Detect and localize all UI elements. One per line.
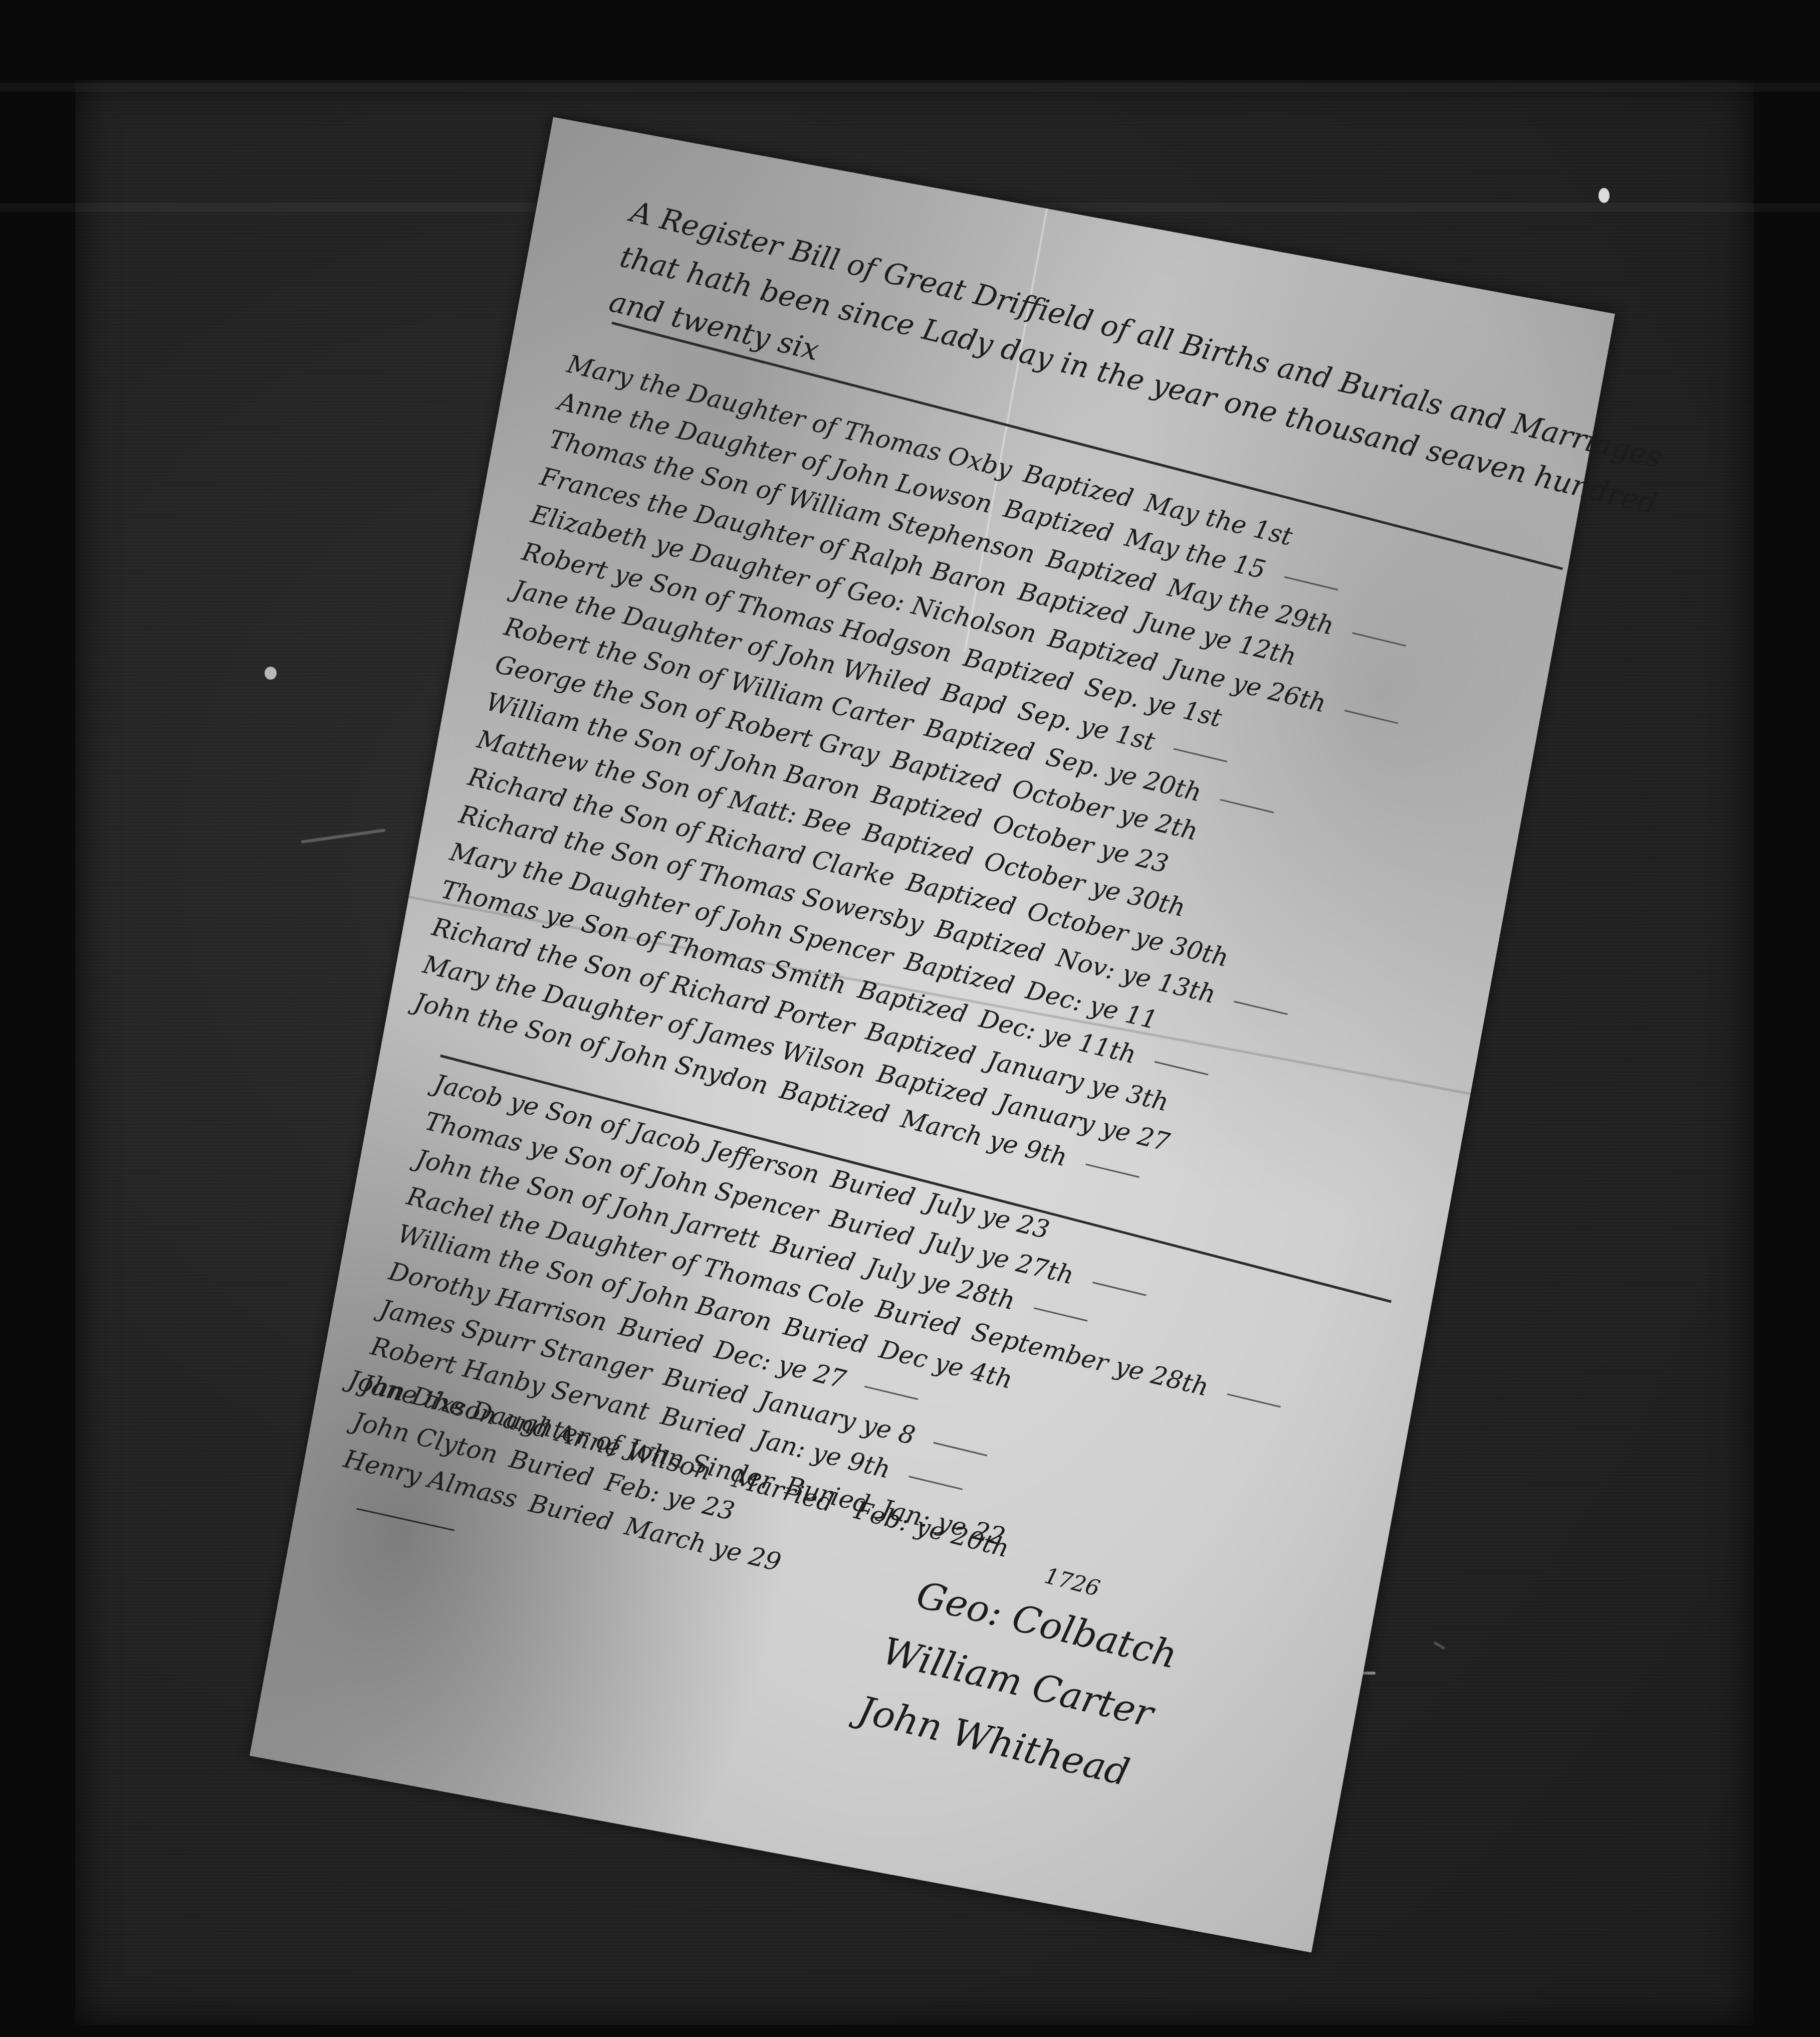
scan-band xyxy=(0,83,1820,92)
dust-speck xyxy=(1599,188,1610,203)
burials-divider xyxy=(356,1508,454,1531)
dust-speck xyxy=(265,667,277,680)
